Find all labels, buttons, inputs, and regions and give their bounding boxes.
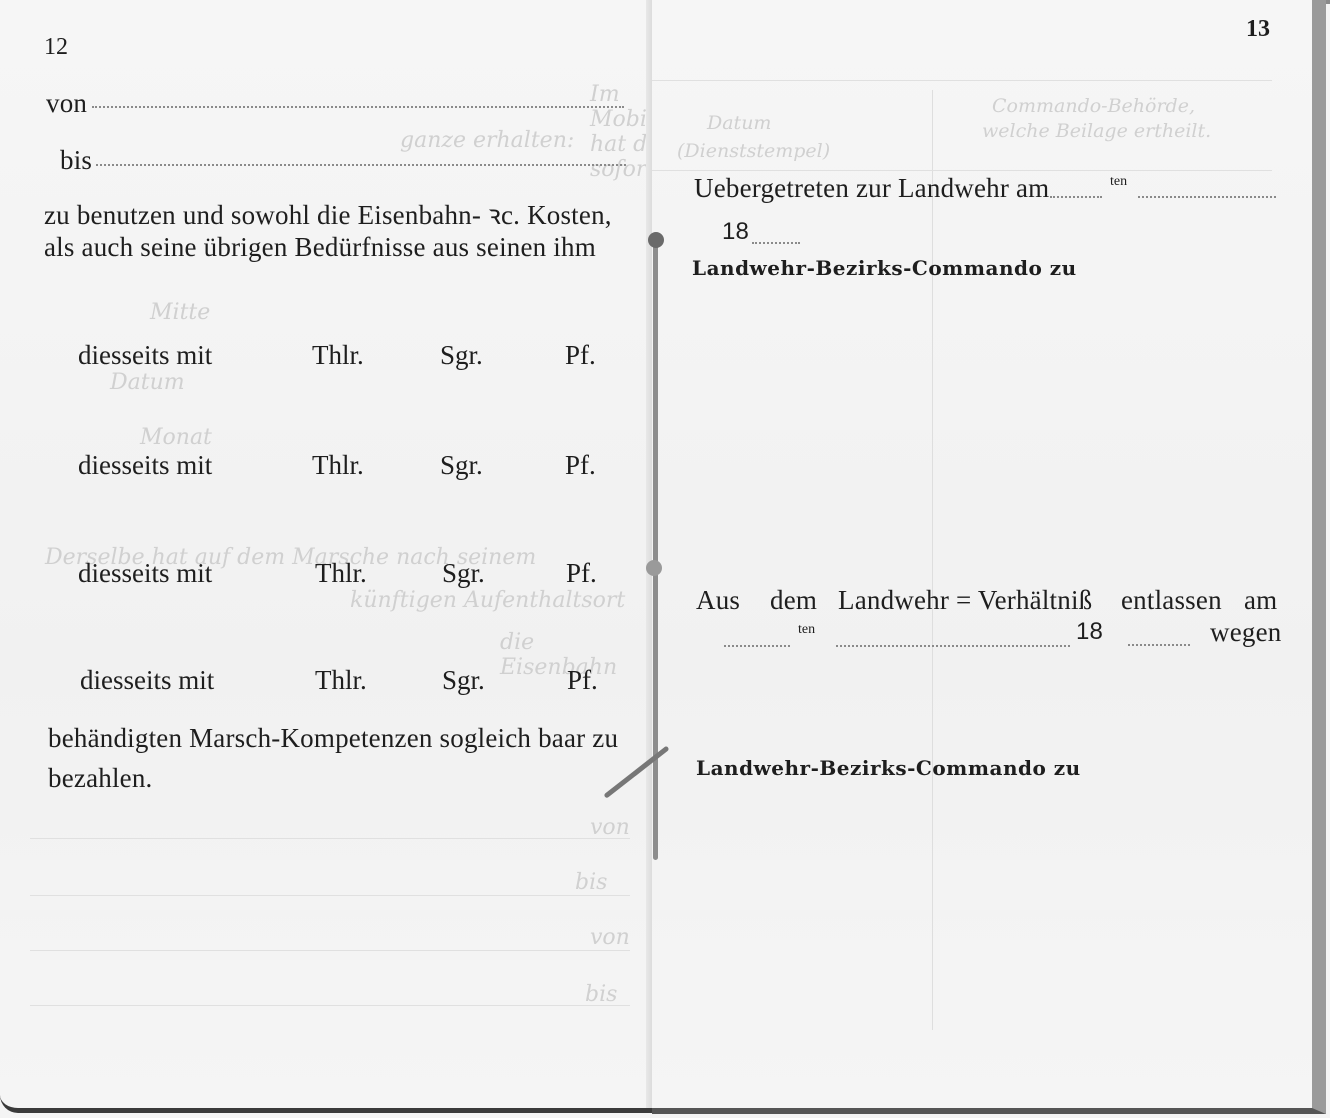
payment-row: diesseits mit Thlr. Sgr. Pf. xyxy=(0,558,640,594)
transfer-month-fill-line[interactable] xyxy=(1138,196,1276,198)
discharge-word: entlassen xyxy=(1121,585,1222,616)
district-command-label: Landwehr-Bezirks-Commando zu xyxy=(696,756,1081,780)
bleed-through-text: bis xyxy=(585,982,617,1007)
pfennig-label: Pf. xyxy=(567,665,598,696)
payment-row: diesseits mit Thlr. Sgr. Pf. xyxy=(0,340,640,376)
paragraph-line-2: als auch seine übrigen Bedürfnisse aus s… xyxy=(44,232,596,263)
bleed-through-text: welche Beilage ertheilt. xyxy=(982,120,1211,142)
bis-label: bis xyxy=(60,145,92,176)
discharge-word: am xyxy=(1244,585,1277,616)
bleed-through-text: Monat xyxy=(140,425,212,450)
pfennig-label: Pf. xyxy=(565,340,596,371)
right-page: Commando-Behörde, welche Beilage ertheil… xyxy=(652,0,1326,1114)
discharge-word: Aus xyxy=(696,585,740,616)
reason-label: wegen xyxy=(1210,617,1281,648)
payment-row: diesseits mit Thlr. Sgr. Pf. xyxy=(0,450,640,486)
discharge-word: Landwehr = Verhältniß xyxy=(838,585,1092,616)
silbergroschen-label: Sgr. xyxy=(442,665,485,696)
bleed-through-text: bis xyxy=(575,870,607,895)
silbergroschen-label: Sgr. xyxy=(442,558,485,589)
payment-label: diesseits mit xyxy=(80,665,214,696)
thread-knot xyxy=(648,232,664,248)
pfennig-label: Pf. xyxy=(566,558,597,589)
bleed-through-text: von xyxy=(590,925,630,950)
silbergroschen-label: Sgr. xyxy=(440,450,483,481)
bleed-through-rule xyxy=(30,950,630,951)
bleed-through-rule xyxy=(652,170,1272,171)
discharge-month-fill-line[interactable] xyxy=(836,645,1070,647)
von-fill-line[interactable] xyxy=(92,106,624,108)
bleed-through-rule xyxy=(30,838,630,839)
closing-line-2: bezahlen. xyxy=(48,763,153,794)
thread-knot xyxy=(646,560,662,576)
thaler-label: Thlr. xyxy=(315,558,367,589)
transfer-year-fill-line[interactable] xyxy=(752,242,800,244)
pfennig-label: Pf. xyxy=(565,450,596,481)
payment-label: diesseits mit xyxy=(78,450,212,481)
bleed-through-text: Datum xyxy=(707,112,771,134)
thaler-label: Thlr. xyxy=(312,450,364,481)
discharge-year-fill-line[interactable] xyxy=(1128,644,1190,646)
binding-thread xyxy=(653,240,658,860)
bleed-through-text: ganze erhalten: xyxy=(400,128,574,153)
von-label: von xyxy=(46,88,87,119)
bleed-through-text: (Dienststempel) xyxy=(677,140,830,162)
bleed-through-text: Commando-Behörde, xyxy=(992,95,1195,117)
left-page: Im Mobilmachungsfalle hat derselbe sich … xyxy=(0,0,652,1113)
payment-label: diesseits mit xyxy=(78,340,212,371)
district-command-label: Landwehr-Bezirks-Commando zu xyxy=(692,256,1077,280)
discharge-day-fill-line[interactable] xyxy=(724,645,790,647)
bleed-through-column-rule xyxy=(932,90,933,1030)
passbook-spread: Im Mobilmachungsfalle hat derselbe sich … xyxy=(0,0,1330,1118)
silbergroschen-label: Sgr. xyxy=(440,340,483,371)
transfer-to-landwehr-label: Uebergetreten zur Landwehr am xyxy=(694,173,1049,204)
page-number-right: 13 xyxy=(1246,16,1270,43)
day-suffix: ten xyxy=(798,622,815,638)
paragraph-line-1: zu benutzen und sowohl die Eisenbahn- ꝛc… xyxy=(44,195,612,232)
payment-label: diesseits mit xyxy=(78,558,212,589)
page-number-left: 12 xyxy=(44,34,68,61)
bleed-through-rule xyxy=(30,1005,630,1006)
year-prefix: 18 xyxy=(1076,618,1103,646)
bis-fill-line[interactable] xyxy=(96,164,626,166)
transfer-day-fill-line[interactable] xyxy=(1050,196,1102,198)
discharge-word: dem xyxy=(770,585,817,616)
bleed-through-text: Mitte xyxy=(150,300,210,325)
bleed-through-text: von xyxy=(590,815,630,840)
bleed-through-rule xyxy=(30,895,630,896)
thaler-label: Thlr. xyxy=(312,340,364,371)
closing-line-1: behändigten Marsch-Kompetenzen sogleich … xyxy=(48,723,618,754)
year-prefix: 18 xyxy=(722,218,749,246)
thaler-label: Thlr. xyxy=(315,665,367,696)
bleed-through-rule xyxy=(652,80,1272,81)
payment-row: diesseits mit Thlr. Sgr. Pf. xyxy=(0,665,640,701)
day-suffix: ten xyxy=(1110,174,1127,190)
